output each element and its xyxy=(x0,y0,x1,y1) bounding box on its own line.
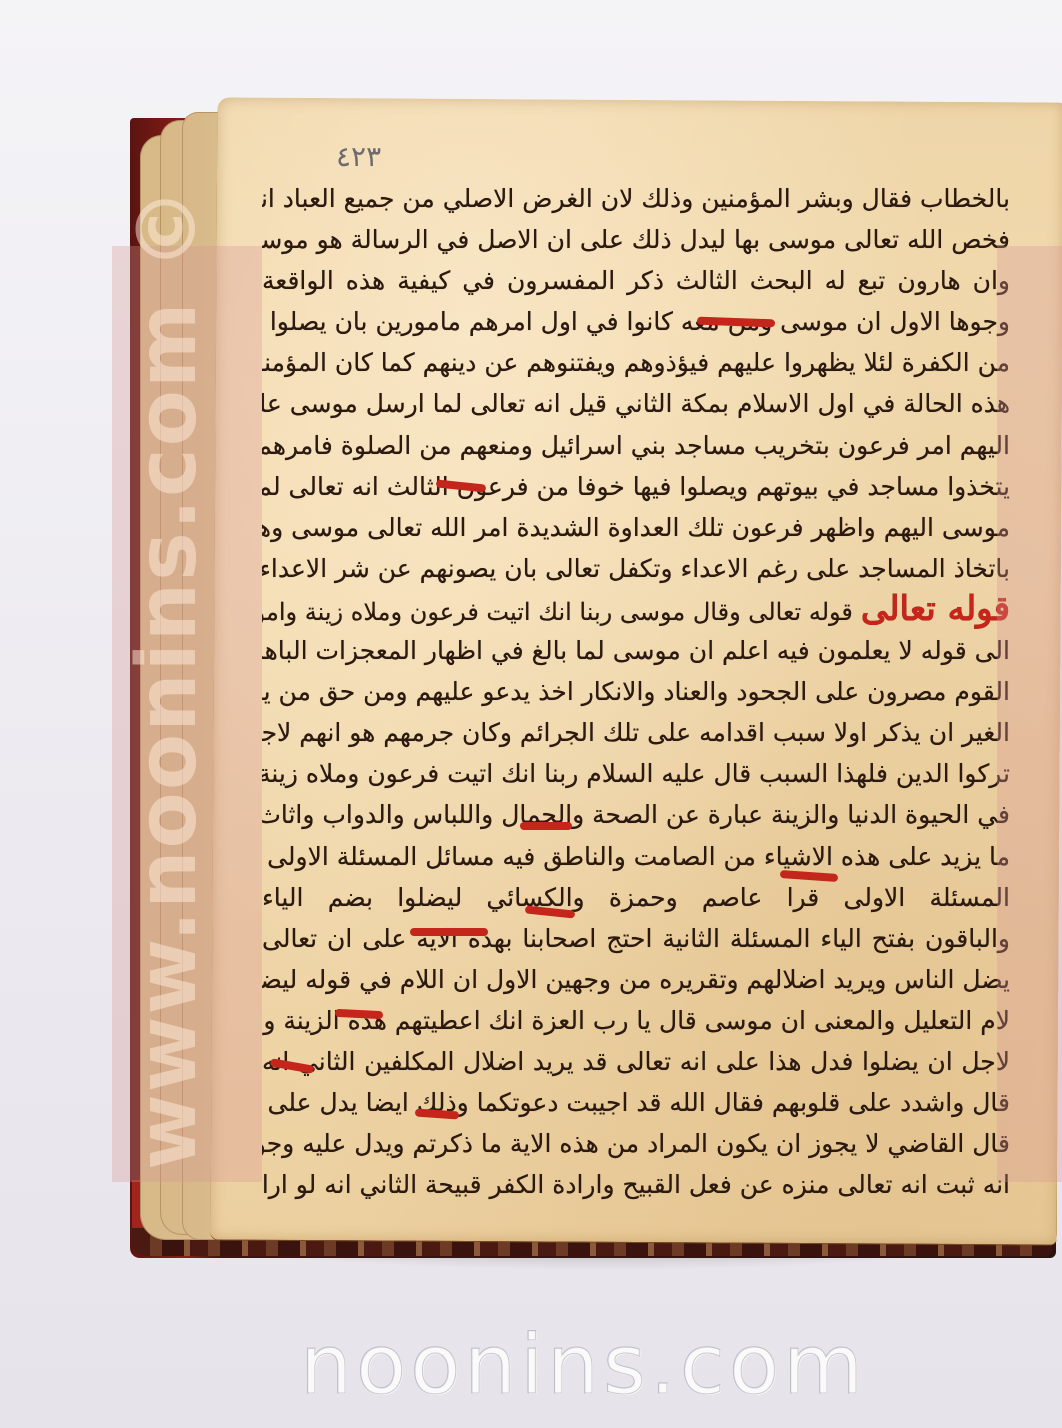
watermark-vertical-text: www.noonins.com © xyxy=(120,250,220,1170)
text-line: وجوها الاول ان موسى ومن معه كانوا في اول… xyxy=(262,301,1010,342)
text-line: والباقون بفتح الياء المسئلة الثانية احتج… xyxy=(262,918,1010,959)
text-line: يتخذوا مساجد في بيوتهم ويصلوا فيها خوفا … xyxy=(262,466,1010,507)
text-line: لام التعليل والمعنى ان موسى قال يا رب ال… xyxy=(262,1000,1010,1041)
text-line: يضل الناس ويريد اضلالهم وتقريره من وجهين… xyxy=(262,959,1010,1000)
text-line: المسئلة الاولى قرا عاصم وحمزة والكسائي ل… xyxy=(262,877,1010,918)
text-line: من الكفرة لئلا يظهروا عليهم فيؤذوهم ويفت… xyxy=(262,342,1010,383)
text-line: الغير ان يذكر اولا سبب اقدامه على تلك ال… xyxy=(262,712,1010,753)
text-line: هذه الحالة في اول الاسلام بمكة الثاني قي… xyxy=(262,383,1010,424)
text-line-with-rubric: قوله تعالى قوله تعالى وقال موسى ربنا انك… xyxy=(262,589,1010,630)
text-line: قوله تعالى وقال موسى ربنا انك اتيت فرعون… xyxy=(262,598,853,626)
text-line: في الحيوة الدنيا والزينة عبارة عن الصحة … xyxy=(262,794,1010,835)
text-line: الى قوله لا يعلمون فيه اعلم ان موسى لما … xyxy=(262,630,1010,671)
text-line: تركوا الدين فلهذا السبب قال عليه السلام … xyxy=(262,753,1010,794)
rubric-overline-mark xyxy=(520,822,572,830)
watermark-bottom-text: noonins.com xyxy=(300,1318,820,1413)
manuscript-text-block: بالخطاب فقال وبشر المؤمنين وذلك لان الغر… xyxy=(262,178,1010,1205)
folio-number: ٤٢٣ xyxy=(336,140,381,173)
rubric-heading: قوله تعالى xyxy=(861,589,1010,629)
text-line: ما يزيد على هذه الاشياء من الصامت والناط… xyxy=(262,836,1010,877)
text-line: قال القاضي لا يجوز ان يكون المراد من هذه… xyxy=(262,1123,1010,1164)
text-line: انه ثبت انه تعالى منزه عن فعل القبيح وار… xyxy=(262,1164,1010,1205)
rubric-overline-mark xyxy=(410,928,488,936)
text-line: فخص الله تعالى موسى بها ليدل ذلك على ان … xyxy=(262,219,1010,260)
text-line: وان هارون تبع له البحث الثالث ذكر المفسر… xyxy=(262,260,1010,301)
text-line: لاجل ان يضلوا فدل هذا على انه تعالى قد ي… xyxy=(262,1041,1010,1082)
text-line: باتخاذ المساجد على رغم الاعداء وتكفل تعا… xyxy=(262,548,1010,589)
text-line: القوم مصرون على الجحود والعناد والانكار … xyxy=(262,671,1010,712)
text-line: قال واشدد على قلوبهم فقال الله قد اجيبت … xyxy=(262,1082,1010,1123)
watermark-band-right xyxy=(997,246,1062,1182)
text-line: موسى اليهم واظهر فرعون تلك العداوة الشدي… xyxy=(262,507,1010,548)
text-line: اليهم امر فرعون بتخريب مساجد بني اسرائيل… xyxy=(262,425,1010,466)
text-line: بالخطاب فقال وبشر المؤمنين وذلك لان الغر… xyxy=(262,178,1010,219)
